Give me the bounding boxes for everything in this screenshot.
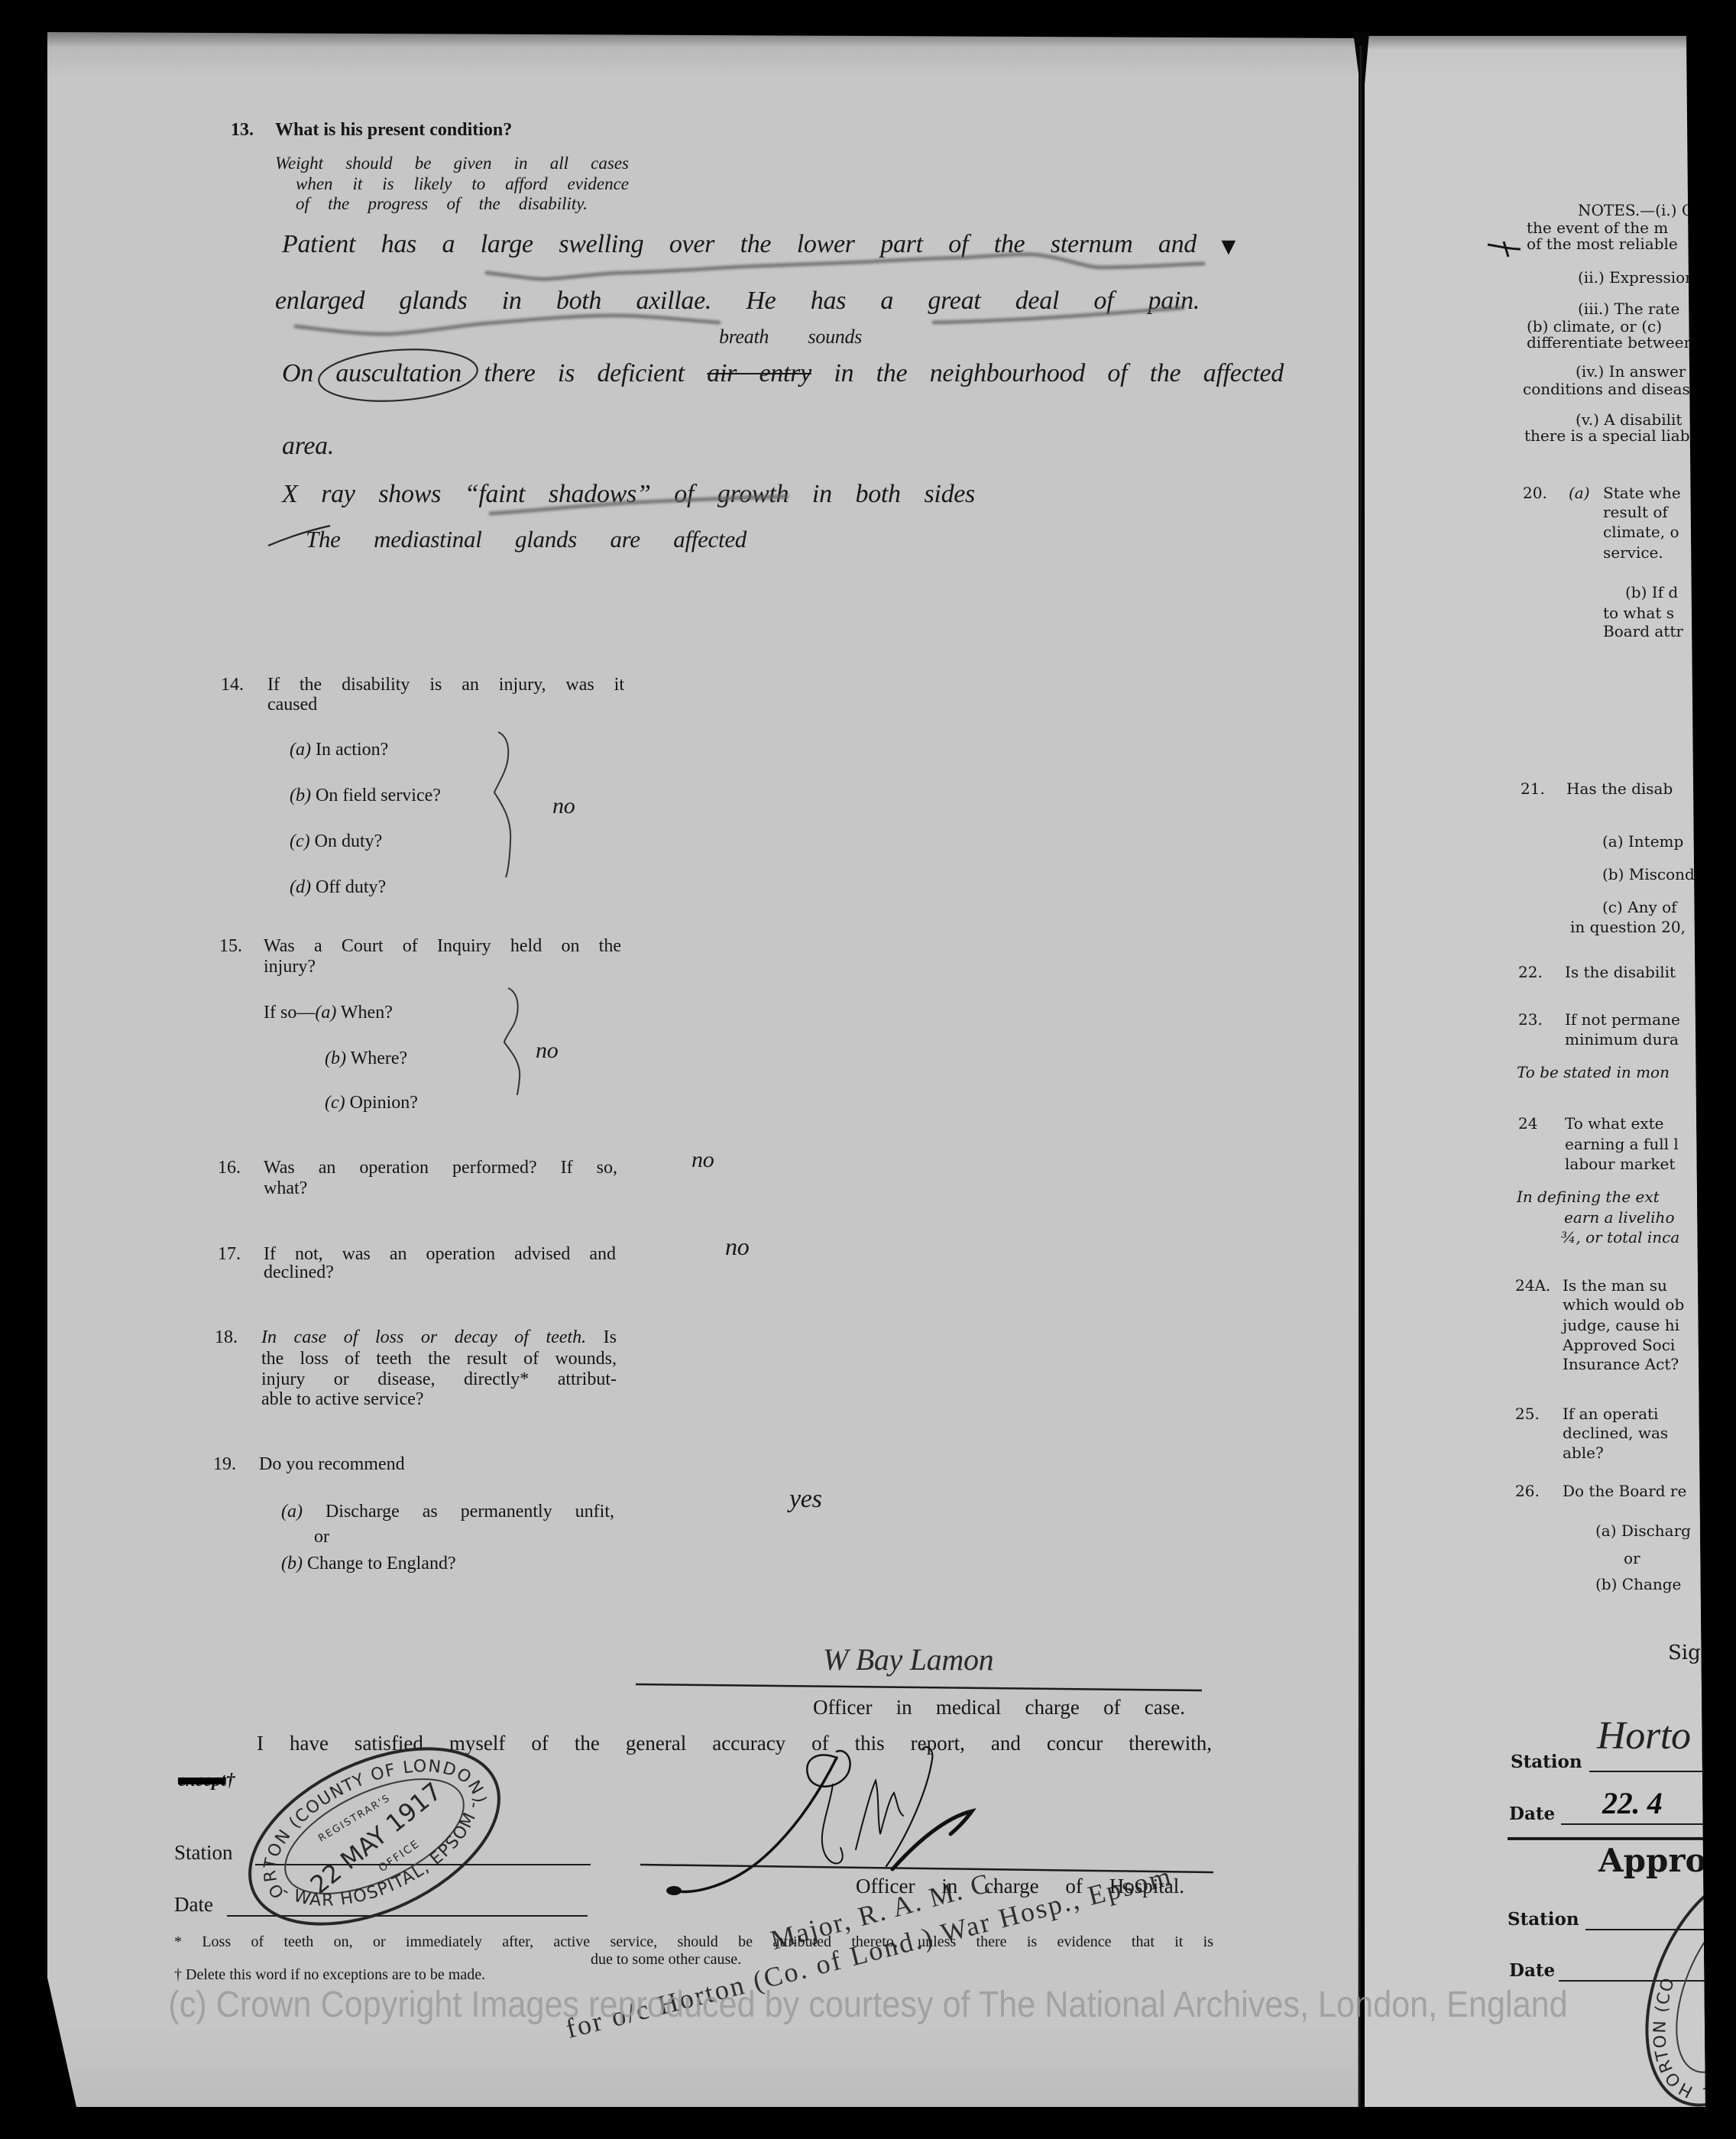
option-text: Where? xyxy=(351,1048,408,1068)
struck-except: except† xyxy=(178,1771,235,1790)
q24a-line: Is the man su xyxy=(1563,1278,1667,1293)
signature-label: Sig xyxy=(1668,1643,1701,1663)
notes-line: NOTES.—(i.) C xyxy=(1578,203,1693,218)
option-text: Discharge as permanently unfit, xyxy=(325,1502,614,1522)
q19-option: (b) Change to England? xyxy=(281,1554,456,1573)
q23-line: If not permane xyxy=(1565,1012,1680,1027)
option-label: (b) xyxy=(281,1554,303,1573)
q15-option: If so—(a) When? xyxy=(264,1003,393,1022)
option-label: (d) xyxy=(290,877,311,897)
q24-note: earn a liveliho xyxy=(1564,1210,1674,1225)
q14-question-line: If the disability is an injury, was it xyxy=(267,676,624,694)
notes-line: the event of the m xyxy=(1527,220,1668,235)
q26-line: Do the Board re xyxy=(1563,1483,1686,1499)
q18-italic-lead: In case of loss or decay of teeth. xyxy=(261,1327,586,1347)
q24-line: labour market xyxy=(1565,1156,1675,1172)
q16-question-line: what? xyxy=(264,1179,307,1198)
option-label: (c) xyxy=(325,1093,345,1113)
approval-date-label: Date xyxy=(1509,1962,1555,1979)
q24-line: earning a full l xyxy=(1565,1136,1679,1152)
medical-officer-caption: Officer in medical charge of case. xyxy=(813,1697,1185,1718)
q15-option: (c) Opinion? xyxy=(325,1094,418,1112)
q18-question-line: injury or disease, directly* attribut- xyxy=(261,1370,617,1389)
q19-conjunction: or xyxy=(314,1528,329,1546)
notes-line: (iii.) The rate xyxy=(1578,301,1679,316)
notes-line: (ii.) Expression xyxy=(1578,270,1695,285)
copyright-watermark: (c) Crown Copyright Images reproduced by… xyxy=(87,1987,1650,2024)
circled-word: auscultation xyxy=(335,359,462,387)
q20-number: 20. xyxy=(1523,485,1547,501)
option-text: In action? xyxy=(316,740,388,760)
q23-number: 23. xyxy=(1518,1012,1543,1027)
q25-number: 25. xyxy=(1515,1406,1540,1421)
notes-line: differentiate between xyxy=(1527,335,1693,350)
q13-answer-line: X ray shows “faint shadows” of growth in… xyxy=(282,481,975,507)
option-text: When? xyxy=(341,1003,393,1023)
q18-question-line: the loss of teeth the result of wounds, xyxy=(261,1350,617,1368)
notes-line: (b) climate, or (c) xyxy=(1527,319,1662,334)
q26-conjunction: or xyxy=(1624,1551,1640,1566)
option-label: (b) xyxy=(290,786,311,805)
q21-sub: in question 20, xyxy=(1570,919,1686,935)
option-text: On field service? xyxy=(316,786,441,805)
q13-note-line: Weight should be given in all cases xyxy=(275,154,629,172)
q24-line: To what exte xyxy=(1565,1116,1664,1131)
q15-question-line: Was a Court of Inquiry held on the xyxy=(264,937,621,955)
notes-line: there is a special liab xyxy=(1524,428,1690,443)
q13-question: What is his present condition? xyxy=(275,121,512,139)
struck-phrase: air entry xyxy=(707,359,811,387)
q24a-line: which would ob xyxy=(1563,1297,1684,1312)
q21-sub: (a) Intemp xyxy=(1602,834,1683,849)
q13-answer-line: enlarged glands in both axillae. He has … xyxy=(275,288,1200,314)
q19-answer: yes xyxy=(789,1486,822,1512)
q21-sub: (b) Miscond xyxy=(1602,867,1695,882)
struck-word: except xyxy=(178,1771,226,1791)
q24a-number: 24A. xyxy=(1515,1278,1550,1293)
option-text: Opinion? xyxy=(350,1093,418,1113)
station-label: Station xyxy=(174,1842,233,1863)
q21-number: 21. xyxy=(1521,781,1545,796)
triangle-marker-icon: ▼ xyxy=(1216,234,1241,258)
q23-line: minimum dura xyxy=(1565,1032,1679,1047)
q14-option: (c) On duty? xyxy=(290,832,382,851)
q14-option: (a) In action? xyxy=(290,741,388,759)
footnote-dagger: † Delete this word if no exceptions are … xyxy=(174,1967,485,1982)
q18-lead-tail: Is xyxy=(604,1327,617,1347)
q14-option: (b) On field service? xyxy=(290,786,441,805)
q20-line: result of xyxy=(1603,504,1668,520)
date-label: Date xyxy=(1509,1805,1555,1823)
q18-number: 18. xyxy=(215,1328,238,1347)
q14-answer: no xyxy=(552,795,575,818)
date-value: 22. 4 xyxy=(1602,1788,1663,1819)
q16-answer: no xyxy=(691,1149,714,1172)
option-label: (c) xyxy=(290,831,310,851)
footnote-teeth-continued: due to some other cause. xyxy=(591,1952,741,1967)
q13-note-line: when it is likely to afford evidence xyxy=(296,175,629,193)
q18-question-line: able to active service? xyxy=(261,1390,424,1408)
q14-question-line: caused xyxy=(267,695,317,714)
q22-line: Is the disabilit xyxy=(1565,964,1676,980)
q17-question-line: declined? xyxy=(264,1263,334,1282)
answer-phrase: there is deficient xyxy=(484,359,684,387)
left-page-sheet xyxy=(47,32,1359,2107)
q13-note-line: of the progress of the disability. xyxy=(296,195,588,212)
q19-option: (a) Discharge as permanently unfit, xyxy=(281,1502,614,1521)
q15-question-line: injury? xyxy=(264,958,316,976)
option-label: (a) xyxy=(281,1502,303,1522)
option-prefix: If so— xyxy=(264,1003,315,1023)
q24a-line: judge, cause hi xyxy=(1563,1317,1679,1333)
q13-answer-line: area. xyxy=(282,433,334,459)
q20-line: State whe xyxy=(1603,485,1681,501)
notes-line: of the most reliable xyxy=(1527,236,1678,251)
q24a-line: Approved Soci xyxy=(1563,1337,1675,1353)
q14-number: 14. xyxy=(221,676,244,694)
date-label: Date xyxy=(174,1894,213,1915)
notes-line: conditions and diseas xyxy=(1523,381,1690,397)
q24-note: ¾, or total inca xyxy=(1561,1230,1679,1245)
q19-number: 19. xyxy=(213,1455,236,1473)
q20-line: Board attr xyxy=(1603,624,1683,639)
q20-line: to what s xyxy=(1603,605,1674,621)
option-text: Off duty? xyxy=(316,877,386,897)
q13-number: 13. xyxy=(231,121,254,139)
q17-answer: no xyxy=(725,1234,749,1259)
answer-word: On xyxy=(282,359,313,387)
q21-line: Has the disab xyxy=(1566,781,1673,796)
q20-a-label: (a) xyxy=(1569,485,1590,501)
option-text: Change to England? xyxy=(307,1554,456,1573)
q26-number: 26. xyxy=(1515,1483,1540,1499)
q15-answer: no xyxy=(536,1039,558,1062)
q21-sub: (c) Any of xyxy=(1602,899,1677,915)
notes-line: (iv.) In answer xyxy=(1576,364,1686,379)
q13-answer-line: On auscultation there is deficient air e… xyxy=(282,361,1284,387)
q23-note: To be stated in mon xyxy=(1517,1065,1670,1080)
option-label: (a) xyxy=(290,740,311,760)
q26-option: (b) Change xyxy=(1595,1577,1681,1592)
q17-number: 17. xyxy=(218,1245,241,1263)
approval-heading: Approv xyxy=(1598,1845,1725,1877)
option-label: (a) xyxy=(315,1003,336,1023)
q15-number: 15. xyxy=(219,937,242,955)
q25-line: able? xyxy=(1563,1445,1604,1460)
dagger-mark: † xyxy=(226,1771,235,1791)
q26-option: (a) Discharg xyxy=(1595,1523,1691,1538)
q16-question-line: Was an operation performed? If so, xyxy=(264,1159,617,1177)
concurrence-statement: I have satisfied myself of the general a… xyxy=(257,1733,1212,1754)
q15-option: (b) Where? xyxy=(325,1049,407,1068)
q20-line: (b) If d xyxy=(1625,585,1678,600)
q25-line: If an operati xyxy=(1563,1406,1658,1421)
q13-answer-line: Patient has a large swelling over the lo… xyxy=(282,232,1197,258)
q20-line: service. xyxy=(1603,545,1663,560)
approval-station-label: Station xyxy=(1508,1911,1579,1928)
notes-line: (v.) A disabilit xyxy=(1576,412,1682,427)
q14-option: (d) Off duty? xyxy=(290,878,386,896)
q20-line: climate, o xyxy=(1603,524,1679,540)
q13-interlinear-insertion: breath sounds xyxy=(719,327,862,347)
station-value: Horto xyxy=(1597,1716,1691,1756)
q24-number: 24 xyxy=(1518,1116,1537,1131)
q16-number: 16. xyxy=(218,1159,241,1177)
q13-answer-line: The mediastinal glands are affected xyxy=(306,527,747,551)
q22-number: 22. xyxy=(1518,964,1543,980)
station-label: Station xyxy=(1511,1753,1582,1771)
q24a-line: Insurance Act? xyxy=(1563,1356,1679,1372)
answer-phrase: in the neighbourhood of the affected xyxy=(834,359,1284,387)
q24-note: In defining the ext xyxy=(1517,1189,1660,1204)
q19-question: Do you recommend xyxy=(259,1455,405,1473)
option-text: On duty? xyxy=(315,831,383,851)
medical-officer-signature: W Bay Lamon xyxy=(823,1645,993,1675)
footnote-teeth: * Loss of teeth on, or immediately after… xyxy=(174,1934,1213,1949)
option-label: (b) xyxy=(325,1048,346,1068)
q17-question-line: If not, was an operation advised and xyxy=(264,1245,616,1263)
q25-line: declined, was xyxy=(1563,1425,1668,1441)
q18-question-line: In case of loss or decay of teeth. Is xyxy=(261,1328,617,1347)
